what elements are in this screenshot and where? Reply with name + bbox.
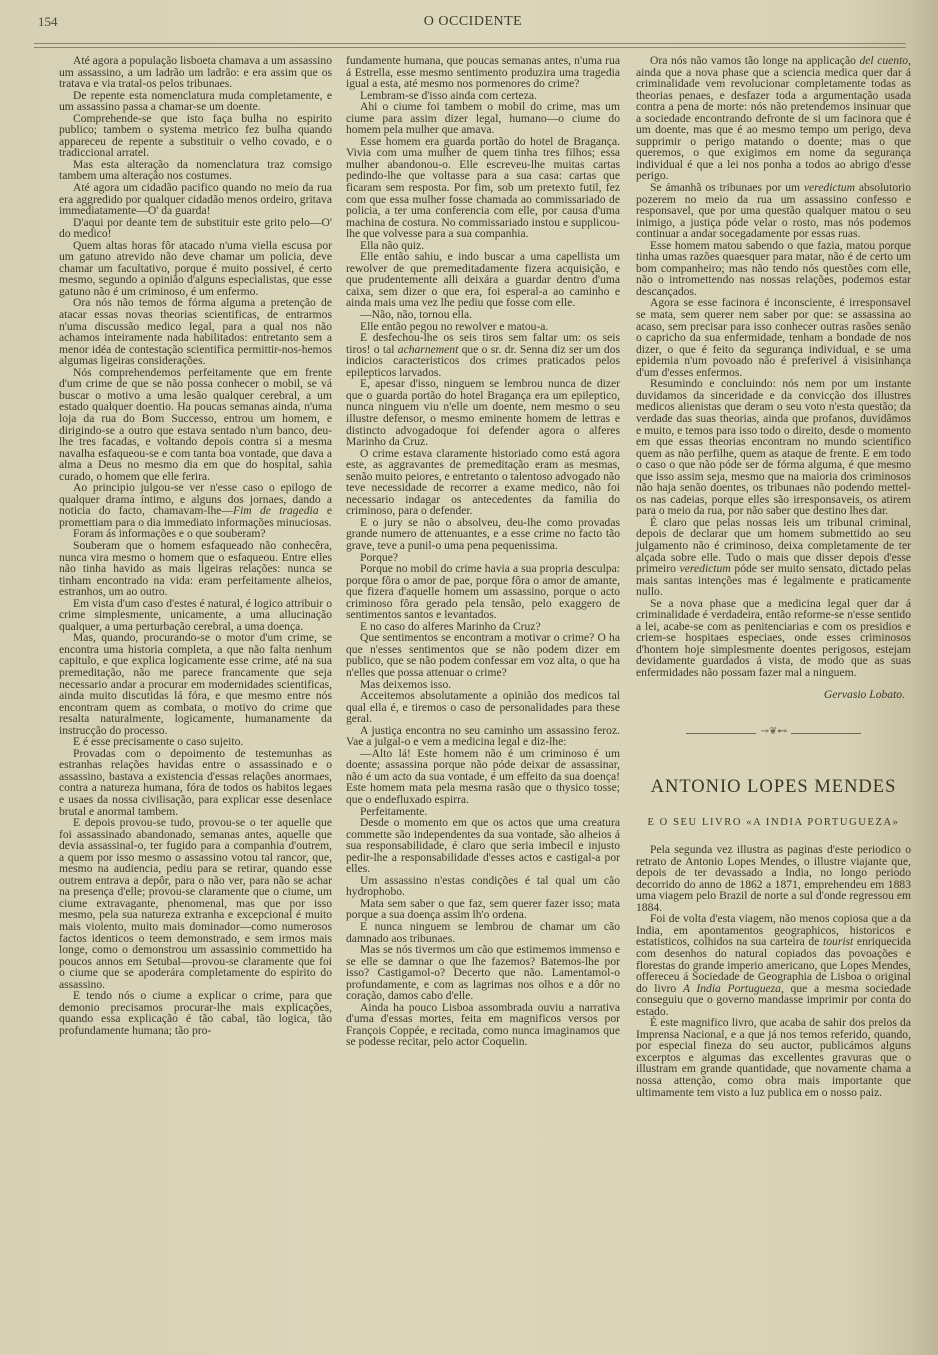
header-rule	[34, 43, 906, 48]
paragraph: Mas, quando, procurando-se o motor d'um …	[59, 632, 332, 736]
column-2: fundamente humana, que poucas semanas an…	[346, 55, 620, 1048]
paragraph: Acceitemos absolutamente a opinião dos m…	[346, 690, 620, 725]
paragraph: Ainda ha pouco Lisboa assombrada ouviu a…	[346, 1002, 620, 1048]
paragraph: Quem altas horas fôr atacado n'uma viell…	[59, 240, 332, 298]
paragraph: Provadas com o depoimento de testemunhas…	[59, 748, 332, 817]
paragraph: Mas se nós tivermos um cão que estimemos…	[346, 944, 620, 1002]
paragraph: Que sentimentos se encontram a motivar o…	[346, 632, 620, 678]
paragraph: —Não, não, tornou ella.	[346, 309, 620, 321]
article-body: Pela segunda vez illustra as paginas d'e…	[636, 844, 911, 1098]
paragraph: Ora nós não vamos tão longe na applicaçã…	[636, 55, 911, 182]
paragraph: Esse homem matou sabendo o que fazia, ma…	[636, 240, 911, 298]
paragraph: Mas esta alteração da nomenclatura traz …	[59, 159, 332, 182]
masthead: O OCCIDENTE	[38, 14, 908, 30]
article-subtitle: E O SEU LIVRO «A INDIA PORTUGUEZA»	[636, 816, 911, 830]
paragraph: E desfechou-lhe os seis tiros sem faltar…	[346, 332, 620, 378]
page-header: 154 O OCCIDENTE	[38, 14, 908, 38]
section-divider: ⊸❦⊷	[686, 728, 861, 740]
paragraph: Foi de volta d'esta viagem, não menos co…	[636, 913, 911, 1017]
text: , ainda que a nova phase que a sciencia …	[636, 54, 911, 182]
paragraph: Souberam que o homem esfaqueado não conh…	[59, 540, 332, 598]
paragraph: Mata sem saber o que faz, sem querer faz…	[346, 898, 620, 921]
paragraph: E, apesar d'isso, ninguem se lembrou nun…	[346, 378, 620, 447]
divider-line	[791, 733, 861, 734]
paragraph: Esse homem era guarda portão do hotel de…	[346, 136, 620, 240]
column-1: Até agora a população lisboeta chamava a…	[59, 55, 332, 1036]
paragraph: Em vista d'um caso d'estes é natural, é …	[59, 598, 332, 633]
paragraph: Nós comprehendemos perfeitamente que em …	[59, 367, 332, 482]
paragraph: Ao principio julgou-se ver n'esse caso o…	[59, 482, 332, 528]
paragraph: O crime estava claramente historiado com…	[346, 448, 620, 517]
article-title: ANTONIO LOPES MENDES	[636, 776, 911, 798]
paragraph: Se ámanhã os tribunaes por um veredictum…	[636, 182, 911, 240]
paragraph: Um assassino n'estas condições é tal qua…	[346, 875, 620, 898]
author-signature: Gervasio Lobato.	[636, 689, 911, 701]
paragraph: De repente esta nomenclatura muda comple…	[59, 90, 332, 113]
paragraph-continued: fundamente humana, que poucas semanas an…	[346, 55, 620, 90]
paragraph: Resumindo e concluindo: nós nem por um i…	[636, 378, 911, 517]
paragraph: Porque no mobil do crime havia a sua pro…	[346, 563, 620, 621]
paragraph: Se a nova phase que a medicina legal que…	[636, 598, 911, 679]
paragraph: É claro que pelas nossas leis um tribuna…	[636, 517, 911, 598]
paragraph: Desde o momento em que os actos que uma …	[346, 817, 620, 875]
divider-line	[686, 733, 756, 734]
paragraph: A justiça encontra no seu caminho um ass…	[346, 725, 620, 748]
paragraph: Comprehende-se que isto faça bulha no es…	[59, 113, 332, 159]
paragraph: Agora se esse facinora é inconsciente, é…	[636, 297, 911, 378]
paragraph: E nunca ninguem se lembrou de chamar um …	[346, 921, 620, 944]
fleuron-icon: ⊸❦⊷	[760, 726, 788, 738]
paragraph: Ora nós não temos de fórma alguma a pret…	[59, 297, 332, 366]
newspaper-page: 154 O OCCIDENTE Até agora a população li…	[0, 0, 938, 1355]
paragraph: —Alto lá! Este homem não é um criminoso …	[346, 748, 620, 806]
paragraph: Até agora um cidadão pacifico quando no …	[59, 182, 332, 217]
paragraph: Ahi o ciume foi tambem o mobil do crime,…	[346, 101, 620, 136]
paragraph: D'aqui por deante tem de substituir este…	[59, 217, 332, 240]
paragraph: E depois provou-se tudo, provou-se o ter…	[59, 817, 332, 990]
paragraph: E tendo nós o ciume a explicar o crime, …	[59, 990, 332, 1036]
paragraph: E o jury se não o absolveu, deu-lhe como…	[346, 517, 620, 552]
paragraph: Até agora a população lisboeta chamava a…	[59, 55, 332, 90]
paragraph: Pela segunda vez illustra as paginas d'e…	[636, 844, 911, 913]
column-3: Ora nós não vamos tão longe na applicaçã…	[636, 55, 911, 1098]
paragraph: É este magnifico livro, que acaba de sah…	[636, 1017, 911, 1098]
paragraph: Elle então sahiu, e indo buscar a uma ca…	[346, 251, 620, 309]
